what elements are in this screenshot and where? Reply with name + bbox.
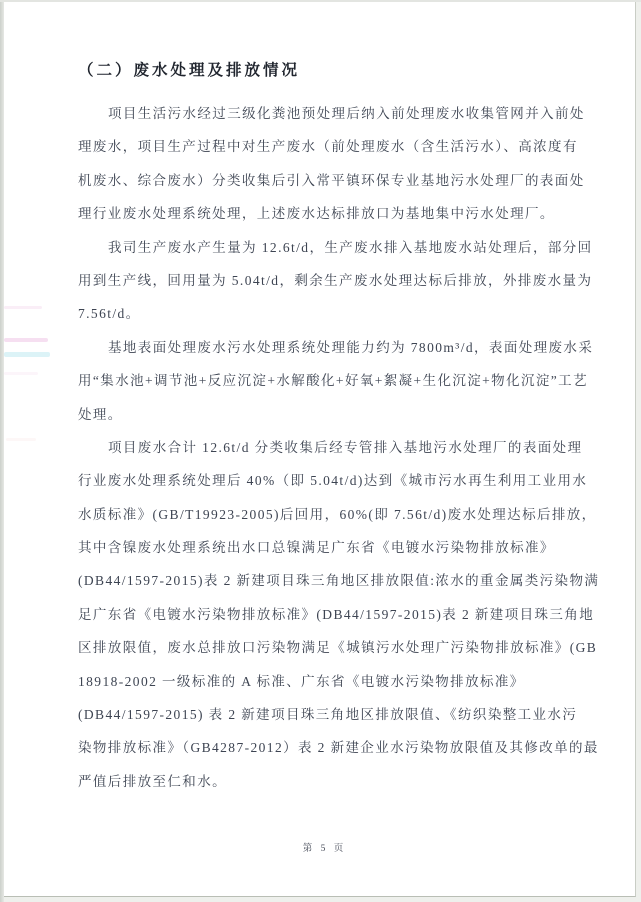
text-line: 行业废水处理系统处理后 40%（即 5.04t/d)达到《城市污水再生利用工业用… — [78, 464, 583, 497]
section-heading: （二）废水处理及排放情况 — [78, 58, 300, 80]
text-line: 处理。 — [78, 398, 583, 431]
scan-artifact — [6, 438, 36, 441]
text-line: 机废水、综合废水）分类收集后引入常平镇环保专业基地污水处理厂的表面处 — [78, 164, 583, 197]
text-line: 用“集水池+调节池+反应沉淀+水解酸化+好氧+絮凝+生化沉淀+物化沉淀”工艺 — [78, 364, 583, 397]
document-body: 项目生活污水经过三级化粪池预处理后纳入前处理废水收集管网并入前处 理废水，项目生… — [78, 97, 583, 798]
scan-artifact — [4, 352, 50, 357]
document-page: （二）废水处理及排放情况 项目生活污水经过三级化粪池预处理后纳入前处理废水收集管… — [4, 2, 636, 897]
text-line: 18918-2002 一级标准的 A 标准、广东省《电镀水污染物排放标准》 — [78, 665, 583, 698]
text-line: 我司生产废水产生量为 12.6t/d，生产废水排入基地废水站处理后，部分回 — [78, 231, 583, 264]
scan-edge-left — [0, 0, 4, 902]
text-line: 用到生产线，回用量为 5.04t/d，剩余生产废水处理达标后排放，外排废水量为 — [78, 264, 583, 297]
scan-artifact — [4, 306, 42, 309]
text-line: 其中含镍废水处理系统出水口总镍满足广东省《电镀水污染物排放标准》 — [78, 531, 583, 564]
text-line: 染物排放标准》（GB4287-2012）表 2 新建企业水污染物放限值及其修改单… — [78, 731, 583, 764]
text-line: (DB44/1597-2015) 表 2 新建项目珠三角地区排放限值、《纺织染整… — [78, 698, 583, 731]
page-number: 第 5 页 — [4, 840, 641, 854]
text-line: 区排放限值，废水总排放口污染物满足《城镇污水处理广污染物排放标准》(GB — [78, 631, 583, 664]
text-line: 足广东省《电镀水污染物排放标准》(DB44/1597-2015)表 2 新建项目… — [78, 598, 583, 631]
scan-edge-top — [0, 0, 641, 2]
text-line: 7.56t/d。 — [78, 297, 583, 330]
scan-artifact — [4, 372, 38, 375]
text-line: (DB44/1597-2015)表 2 新建项目珠三角地区排放限值:浓水的重金属… — [78, 564, 583, 597]
text-line: 项目生活污水经过三级化粪池预处理后纳入前处理废水收集管网并入前处 — [78, 97, 583, 130]
text-line: 基地表面处理废水污水处理系统处理能力约为 7800m³/d，表面处理废水采 — [78, 331, 583, 364]
text-line: 理行业废水处理系统处理，上述废水达标排放口为基地集中污水处理厂。 — [78, 197, 583, 230]
text-line: 水质标准》(GB/T19923-2005)后回用，60%(即 7.56t/d)废… — [78, 498, 583, 531]
text-line: 严值后排放至仁和水。 — [78, 765, 583, 798]
text-line: 项目废水合计 12.6t/d 分类收集后经专管排入基地污水处理厂的表面处理 — [78, 431, 583, 464]
text-line: 理废水，项目生产过程中对生产废水（前处理废水（含生活污水）、高浓度有 — [78, 130, 583, 163]
scan-artifact — [4, 338, 48, 342]
